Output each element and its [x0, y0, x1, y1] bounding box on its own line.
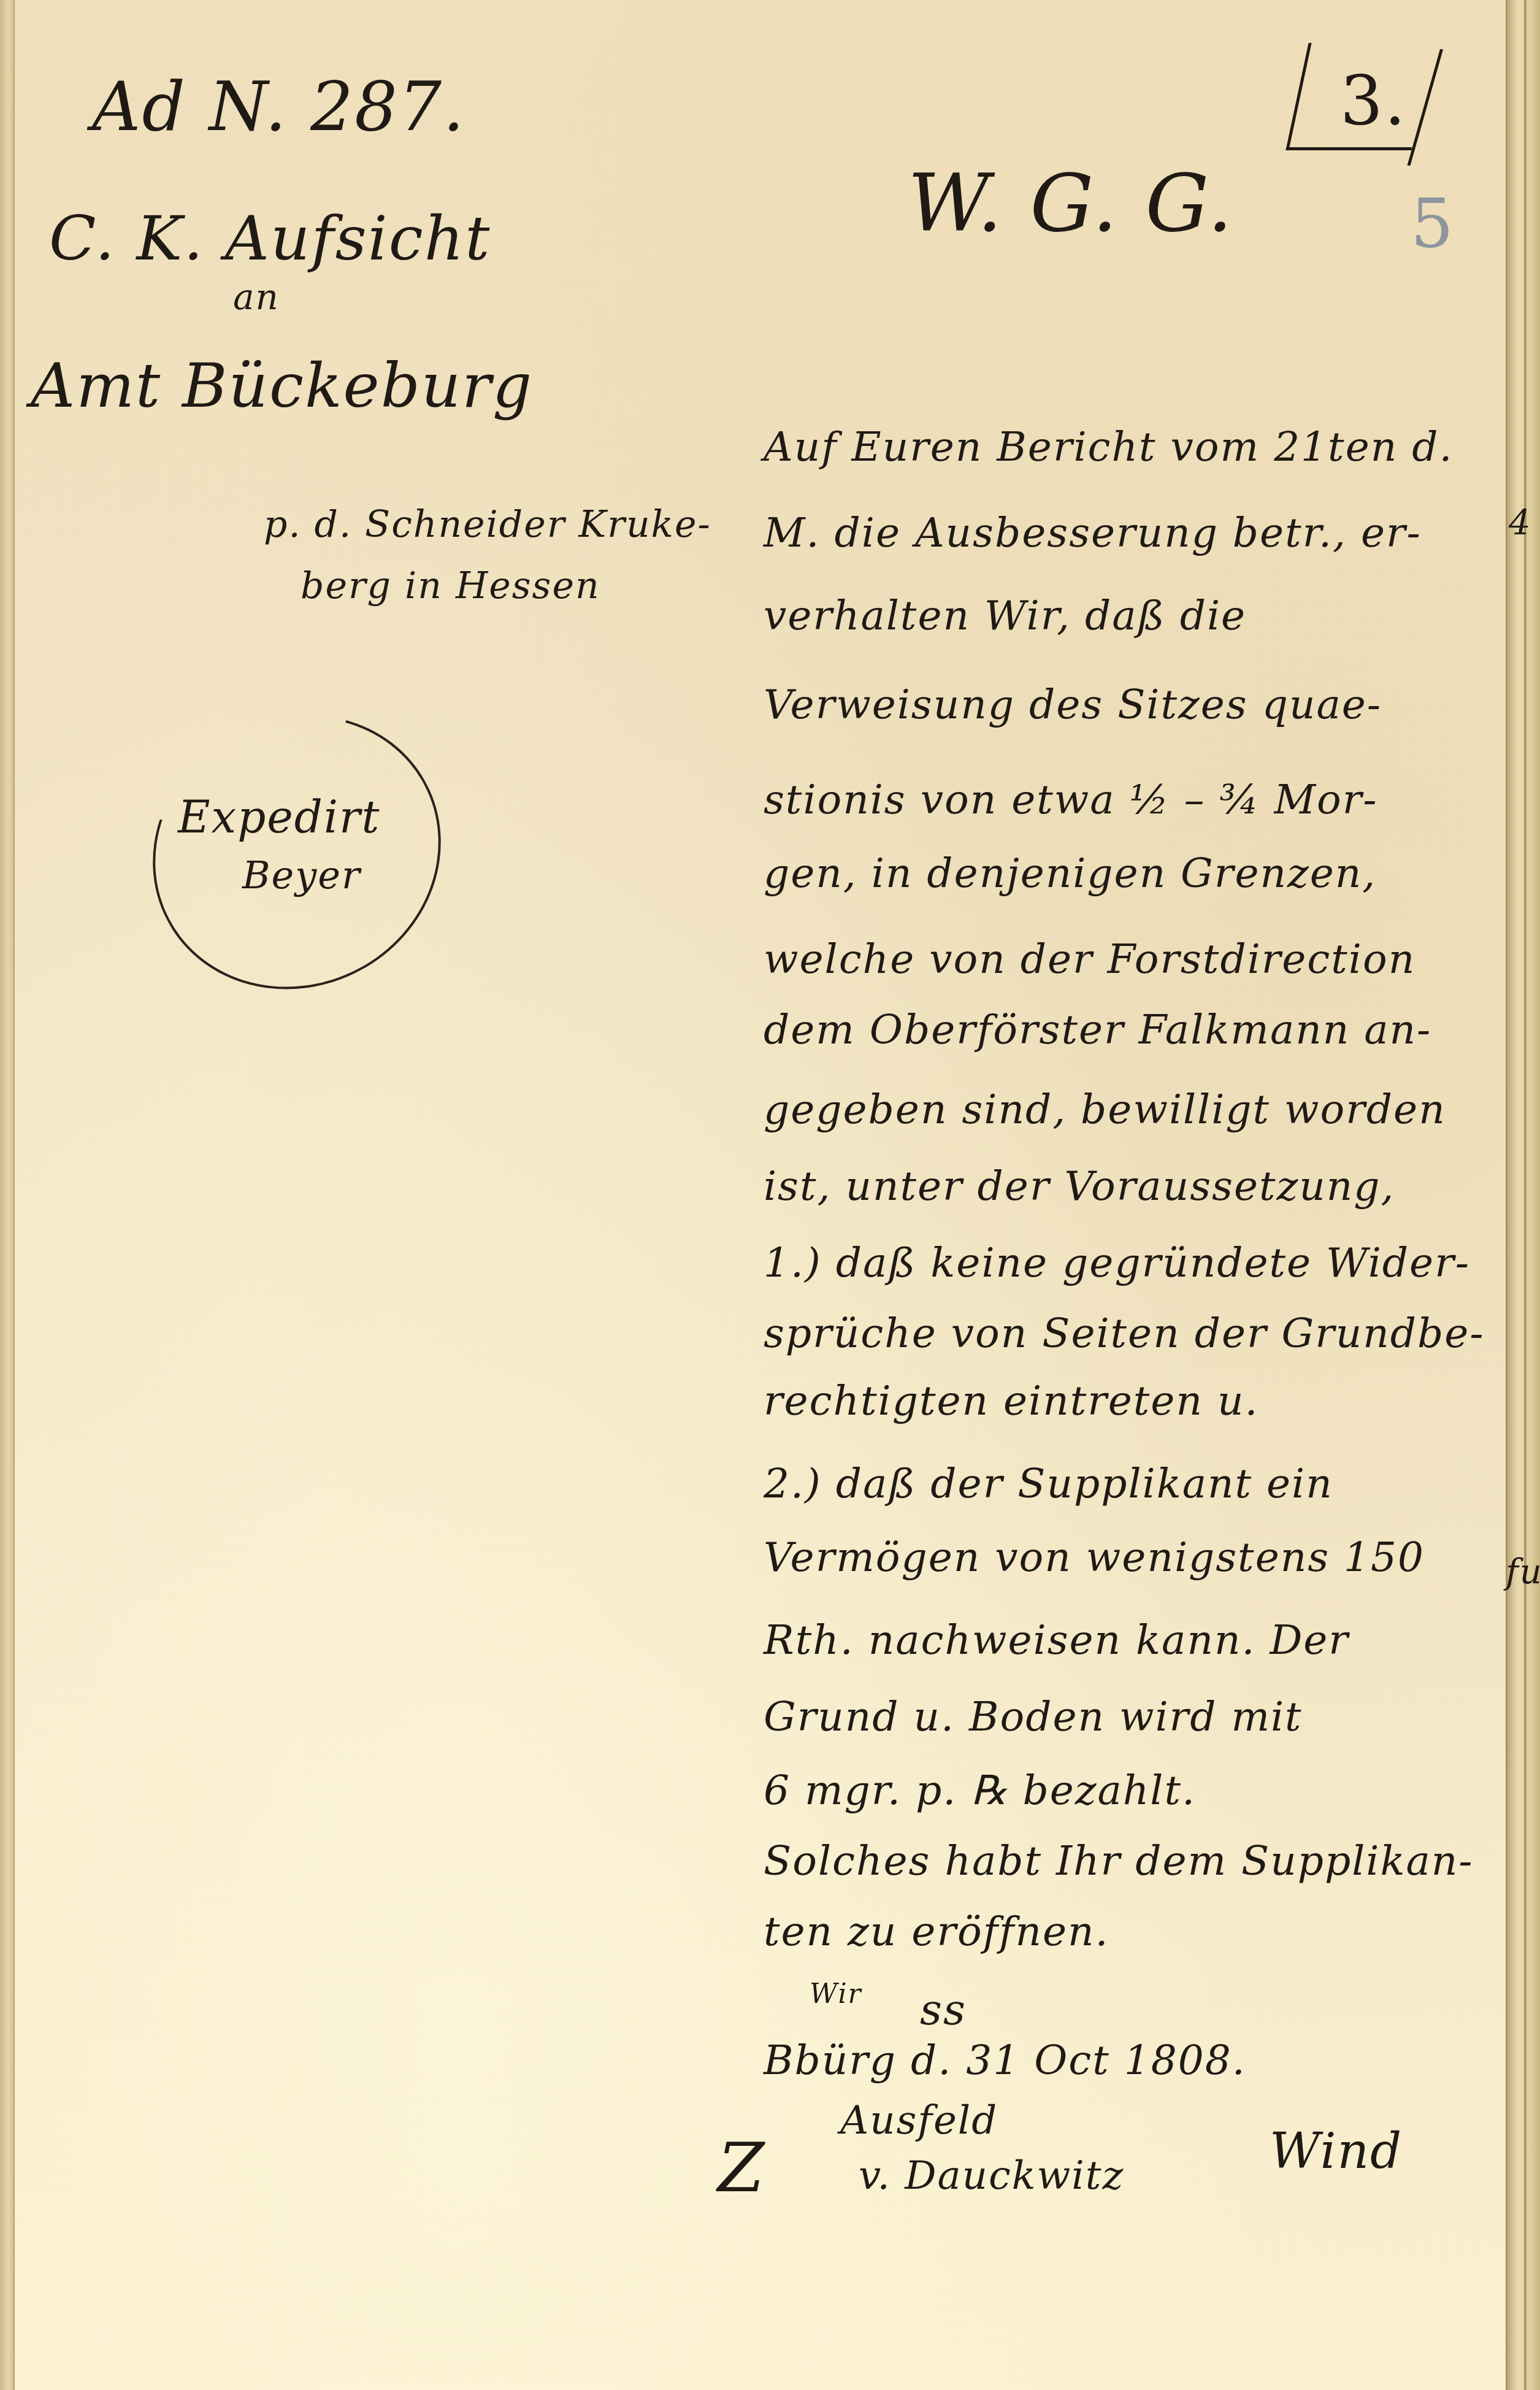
salutation: W. G. G.: [908, 156, 1234, 250]
pencil-page-number: 5: [1411, 184, 1455, 263]
folio-number: 3.: [1340, 61, 1407, 140]
body-line: welche von der Forstdirection: [764, 936, 1415, 983]
body-line: Verweisung des Sitzes quae-: [764, 681, 1382, 728]
body-line: dem Oberförster Falkmann an-: [764, 1006, 1431, 1053]
body-line: 6 mgr. p. ℞ bezahlt.: [764, 1767, 1196, 1814]
signature-second: v. Dauckwitz: [859, 2153, 1124, 2199]
signature-third: Wind: [1270, 2123, 1403, 2180]
reference-number: Ad N. 287.: [92, 67, 465, 146]
margin-mark-upper: 4: [1509, 503, 1532, 543]
body-line: Grund u. Boden wird mit: [764, 1693, 1303, 1740]
address-line-2: an: [233, 276, 280, 318]
signature-initial: Z: [718, 2129, 765, 2207]
body-line: 1.) daß keine gegründete Wider-: [764, 1239, 1470, 1286]
body-line: ist, unter der Voraussetzung,: [764, 1162, 1395, 1210]
right-fold-crease: [1524, 0, 1527, 2390]
address-line-1: C. K. Aufsicht: [49, 202, 491, 274]
body-line: gen, in denjenigen Grenzen,: [764, 850, 1376, 897]
body-line: gegeben sind, bewilligt worden: [764, 1086, 1446, 1133]
body-line: sprüche von Seiten der Grundbe-: [764, 1310, 1485, 1357]
left-binding-edge: [0, 0, 15, 2390]
stamp-line-1: Expedirt: [178, 791, 380, 843]
address-line-3: Amt Bückeburg: [31, 350, 533, 421]
closing-formula: Wir: [810, 1978, 862, 2010]
body-line: M. die Ausbesserung betr., er-: [764, 509, 1422, 556]
body-line: rechtigten eintreten u.: [764, 1377, 1258, 1424]
place-date: Bbürg d. 31 Oct 1808.: [764, 2037, 1246, 2084]
margin-mark-lower: fu: [1506, 1552, 1540, 1592]
right-folded-edge: [1506, 0, 1540, 2390]
signature-first: Ausfeld: [840, 2098, 998, 2143]
subject-note-line-2: berg in Hessen: [301, 564, 600, 607]
body-line: Auf Euren Bericht vom 21ten d.: [764, 423, 1453, 471]
body-line: stionis von etwa ½ – ¾ Mor-: [764, 776, 1378, 823]
body-line: ten zu eröffnen.: [764, 1908, 1109, 1955]
closing-mark: ss: [920, 1985, 967, 2035]
body-line: Vermögen von wenigstens 150: [764, 1534, 1425, 1581]
body-line: Solches habt Ihr dem Supplikan-: [764, 1837, 1474, 1885]
stamp-line-2: Beyer: [242, 853, 361, 897]
body-line: Rth. nachweisen kann. Der: [764, 1616, 1349, 1664]
subject-note-line-1: p. d. Schneider Kruke-: [264, 503, 711, 546]
body-line: 2.) daß der Supplikant ein: [764, 1460, 1333, 1507]
body-line: verhalten Wir, daß die: [764, 592, 1246, 639]
